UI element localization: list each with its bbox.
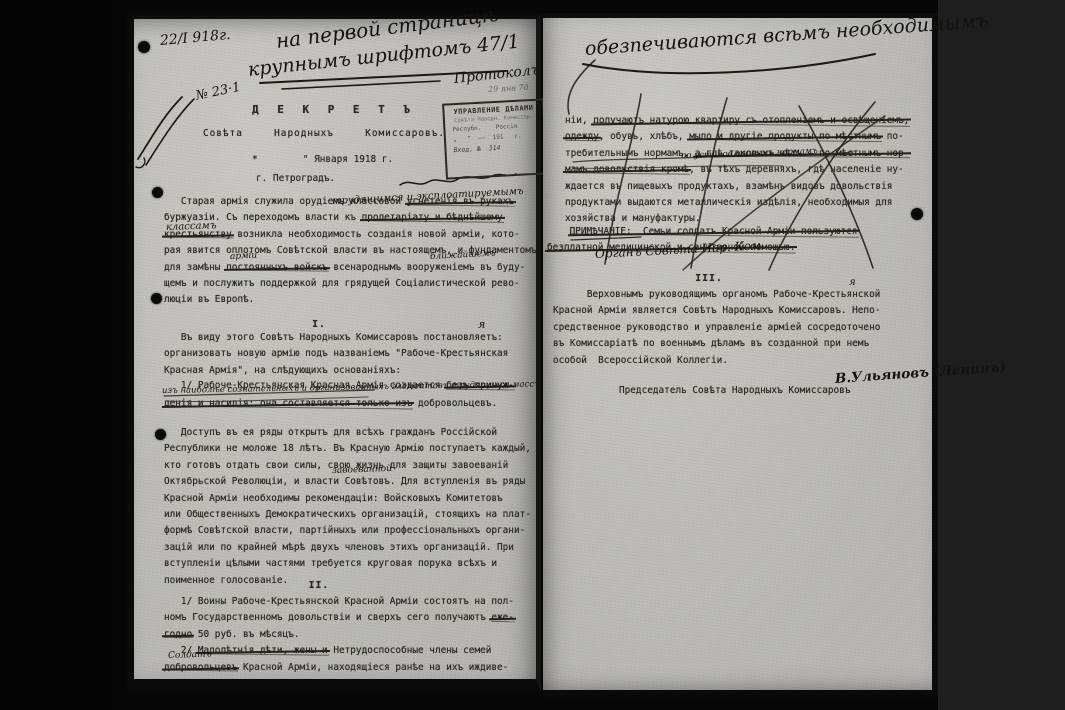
typed-line: ждается въ пищевыхъ продуктахъ, взамѣнъ …: [565, 179, 933, 195]
paragraph-supply: ніи, получаютъ натурою квартиру съ отопл…: [565, 113, 933, 228]
typed-line: формѣ Совѣтской власти, партійныхъ или п…: [164, 523, 546, 539]
typed-line: мамъ довольствія кромѣ, въ тѣхъ деревнях…: [565, 162, 933, 178]
typed-text: , обувь, хлѣбъ,: [599, 131, 689, 142]
typed-line: Республики не моложе 18 лѣтъ. Въ Красную…: [164, 441, 546, 457]
typed-line: добровольцевъ Красной Арміи, находящіеся…: [164, 660, 546, 676]
typed-text: 50 руб. въ мѣсяцъ.: [192, 629, 299, 640]
signature-line: Председатель Совѣта Народныхъ Комиссаров…: [619, 383, 850, 399]
typed-line: ПРИМѢЧАНІЕ: Семьи солдатъ Красной Арміи …: [547, 224, 927, 240]
handwritten-annotation: завоеванной: [332, 464, 392, 476]
paragraph-section-2: 1/ Воины Рабоче-Крестьянской Красной Арм…: [164, 594, 546, 676]
decree-date: * " Января 1918 г.: [252, 152, 393, 168]
stamp-line: Вход. № 314: [449, 142, 541, 155]
paragraph-governance: Верховнымъ руководящимъ органомъ Рабоче-…: [553, 287, 925, 369]
typed-line: вступленіи цѣлыми частями требуется круг…: [164, 556, 546, 572]
typed-line: Красной Арміи является Совѣтъ Народныхъ …: [553, 303, 925, 319]
typed-text: номъ Государственномъ довольствіи и свер…: [164, 612, 491, 623]
typed-text: ждается въ пищевыхъ продуктахъ, взамѣнъ …: [565, 181, 892, 192]
punch-hole: [152, 187, 163, 198]
typed-text: люціи въ Европѣ.: [164, 294, 254, 305]
struck-text: пролетаріату и бѣднѣйшему: [362, 212, 503, 223]
typed-line: для замѣны постоянныхъ войскъ всенародны…: [164, 260, 546, 276]
typed-text: или Общественныхъ Демократическихъ орган…: [164, 509, 531, 520]
typed-text: въ Комиссаріатѣ по военнымъ дѣламъ въ со…: [553, 338, 869, 349]
typed-text: Въ виду этого Совѣтъ Народныхъ Комиссаро…: [164, 332, 503, 343]
handwritten-annotation: я: [849, 277, 856, 288]
typed-text: Красной Арміи является Совѣтъ Народныхъ …: [553, 305, 880, 316]
typed-text: всенароднымъ вооруженіемъ въ буду-: [328, 262, 526, 273]
handwritten-annotation: 29 янв 7д: [488, 83, 529, 94]
handwritten-annotation: № 23·1: [194, 80, 242, 104]
struck-text: постоянныхъ войскъ: [226, 262, 328, 273]
typed-text: Доступъ въ ея ряды открытъ для всѣхъ гра…: [164, 427, 497, 438]
struck-text: ПРИМѢЧАНІЕ: Семьи солдатъ Красной Арміи …: [570, 226, 858, 237]
typed-text: Октябрьской Революціи, и власти Совѣтовъ…: [164, 476, 525, 487]
typed-text: формѣ Совѣтской власти, партійныхъ или п…: [164, 525, 525, 536]
typed-text: средственное руководство и управленіе ар…: [553, 322, 880, 333]
struck-text: денія и насилія: она составляется только…: [164, 398, 412, 409]
handwritten-annotation: обезпечиваются всѣмъ необходимымъ: [584, 10, 989, 60]
typed-text: вступленіи цѣлыми частями требуется круг…: [164, 558, 497, 569]
typed-line: ніи, получаютъ натурою квартиру съ отопл…: [565, 113, 933, 129]
typed-line: денія и насилія: она составляется только…: [164, 395, 546, 413]
typed-line: щемъ и послужитъ поддержкой для грядущей…: [164, 276, 546, 292]
scan-background-left: [0, 0, 112, 710]
typed-line: продуктами выдаются металлическія издѣлі…: [565, 195, 933, 211]
typed-line: одежду, обувь, хлѣбъ, мыло и другіе прод…: [565, 129, 933, 145]
typed-line: 1/ Воины Рабоче-Крестьянской Красной Арм…: [164, 594, 546, 610]
paragraph-resolution: Въ виду этого Совѣтъ Народныхъ Комиссаро…: [164, 330, 546, 379]
struck-text: одежду: [565, 131, 599, 142]
decree-subtitle: Совѣта Народныхъ Комиссаровъ.: [134, 126, 514, 142]
typed-text: , въ тѣхъ деревняхъ, гдѣ населеніе ну-: [689, 164, 903, 175]
typed-text: Нетрудоспособные члены семей: [328, 645, 492, 656]
typed-text: Красной Арміи необходимы рекомендаціи: В…: [164, 493, 503, 504]
punch-hole: [151, 293, 162, 304]
typed-line: люціи въ Европѣ.: [164, 292, 546, 308]
typed-line: Верховнымъ руководящимъ органомъ Рабоче-…: [553, 287, 925, 303]
typed-text: Красная Армія", на слѣдующихъ основаніях…: [164, 365, 401, 376]
typed-line: организовать новую армію подъ названіемъ…: [164, 346, 546, 362]
typed-text: добровольцевъ.: [412, 398, 497, 409]
typed-line: зацій или по крайней мѣрѣ двухъ членовъ …: [164, 540, 546, 556]
typed-line: Красной Арміи необходимы рекомендаціи: В…: [164, 491, 546, 507]
typed-line: Доступъ въ ея ряды открытъ для всѣхъ гра…: [164, 425, 546, 441]
struck-text: Малолѣтнія дѣти, жены и: [198, 645, 328, 656]
punch-hole: [138, 41, 150, 53]
typed-text: по-: [881, 131, 904, 142]
struck-text: еже-: [491, 612, 514, 623]
typed-text: зацій или по крайней мѣрѣ двухъ членовъ …: [164, 542, 514, 553]
decree-place: г. Петроградъ.: [256, 171, 335, 187]
handwritten-annotation: классамъ: [166, 220, 217, 233]
typed-text: Красной Арміи, находящіеся ранѣе на ихъ …: [237, 662, 508, 673]
typed-line: Октябрьской Революціи, и власти Совѣтовъ…: [164, 474, 546, 490]
struck-text: получаютъ натурою квартиру съ отопленіем…: [593, 115, 909, 126]
right-page: ніи, получаютъ натурою квартиру съ отопл…: [543, 13, 938, 697]
typed-line: въ Комиссаріатѣ по военнымъ дѣламъ въ со…: [553, 336, 925, 352]
typed-line: 2/ Малолѣтнія дѣти, жены и Нетрудоспособ…: [164, 643, 546, 659]
typed-text: ніи,: [565, 115, 593, 126]
left-page: УПРАВЛЕНИЕ ДѢЛАМИ Совѣта Народн. Комисса…: [127, 14, 541, 692]
struck-text: мыло и другіе продукты по мѣстнымъ: [689, 131, 881, 142]
scan-background-right: [938, 0, 1065, 710]
typed-text: хозяйства и мануфактуры.: [565, 213, 700, 224]
handwritten-annotation: 22/І 918г.: [159, 27, 231, 49]
typed-text: Верховнымъ руководящимъ органомъ Рабоче-…: [553, 289, 880, 300]
typed-text: особой Всероссійской Коллегіи.: [553, 355, 728, 366]
typed-line: крестьянству возникла необходимость созд…: [164, 227, 546, 243]
typed-text: щемъ и послужитъ поддержкой для грядущей…: [164, 278, 520, 289]
typed-text: для замѣны: [164, 262, 226, 273]
typed-line: средственное руководство и управленіе ар…: [553, 320, 925, 336]
struck-text: мамъ довольствія кромѣ: [565, 164, 689, 175]
typed-text: продуктами выдаются металлическія издѣлі…: [565, 197, 892, 208]
typed-line: или Общественныхъ Демократическихъ орган…: [164, 507, 546, 523]
typed-text: 1/ Воины Рабоче-Крестьянской Красной Арм…: [164, 596, 514, 607]
struck-text: годно: [164, 629, 192, 640]
paragraph-admission: Доступъ въ ея ряды открытъ для всѣхъ гра…: [164, 425, 546, 589]
typed-text: [547, 226, 570, 237]
typed-text: Республики не моложе 18 лѣтъ. Въ Красную…: [164, 443, 531, 454]
typed-line: особой Всероссійской Коллегіи.: [553, 353, 925, 369]
decree-title: Д Е К Р Е Т Ъ: [134, 102, 534, 118]
section-2-heading: II.: [134, 578, 504, 594]
typed-text: организовать новую армію подъ названіемъ…: [164, 348, 508, 359]
struck-text: добровольцевъ: [164, 662, 237, 673]
handwritten-annotation: я: [478, 318, 485, 331]
handwritten-annotation: арміи: [230, 251, 258, 262]
typed-text: требительнымъ нормамъ,: [565, 148, 695, 159]
typed-line: Въ виду этого Совѣтъ Народныхъ Комиссаро…: [164, 330, 546, 346]
typed-line: буржуазіи. Съ переходомъ власти къ проле…: [164, 210, 546, 226]
typed-line: номъ Государственномъ довольствіи и свер…: [164, 610, 546, 626]
section-3-heading: III.: [543, 271, 875, 287]
typed-text: возникла необходимость созданія новой ар…: [232, 229, 520, 240]
typed-line: годно 50 руб. въ мѣсяцъ.: [164, 627, 546, 643]
handwritten-annotation: Солдатъ: [168, 649, 212, 661]
